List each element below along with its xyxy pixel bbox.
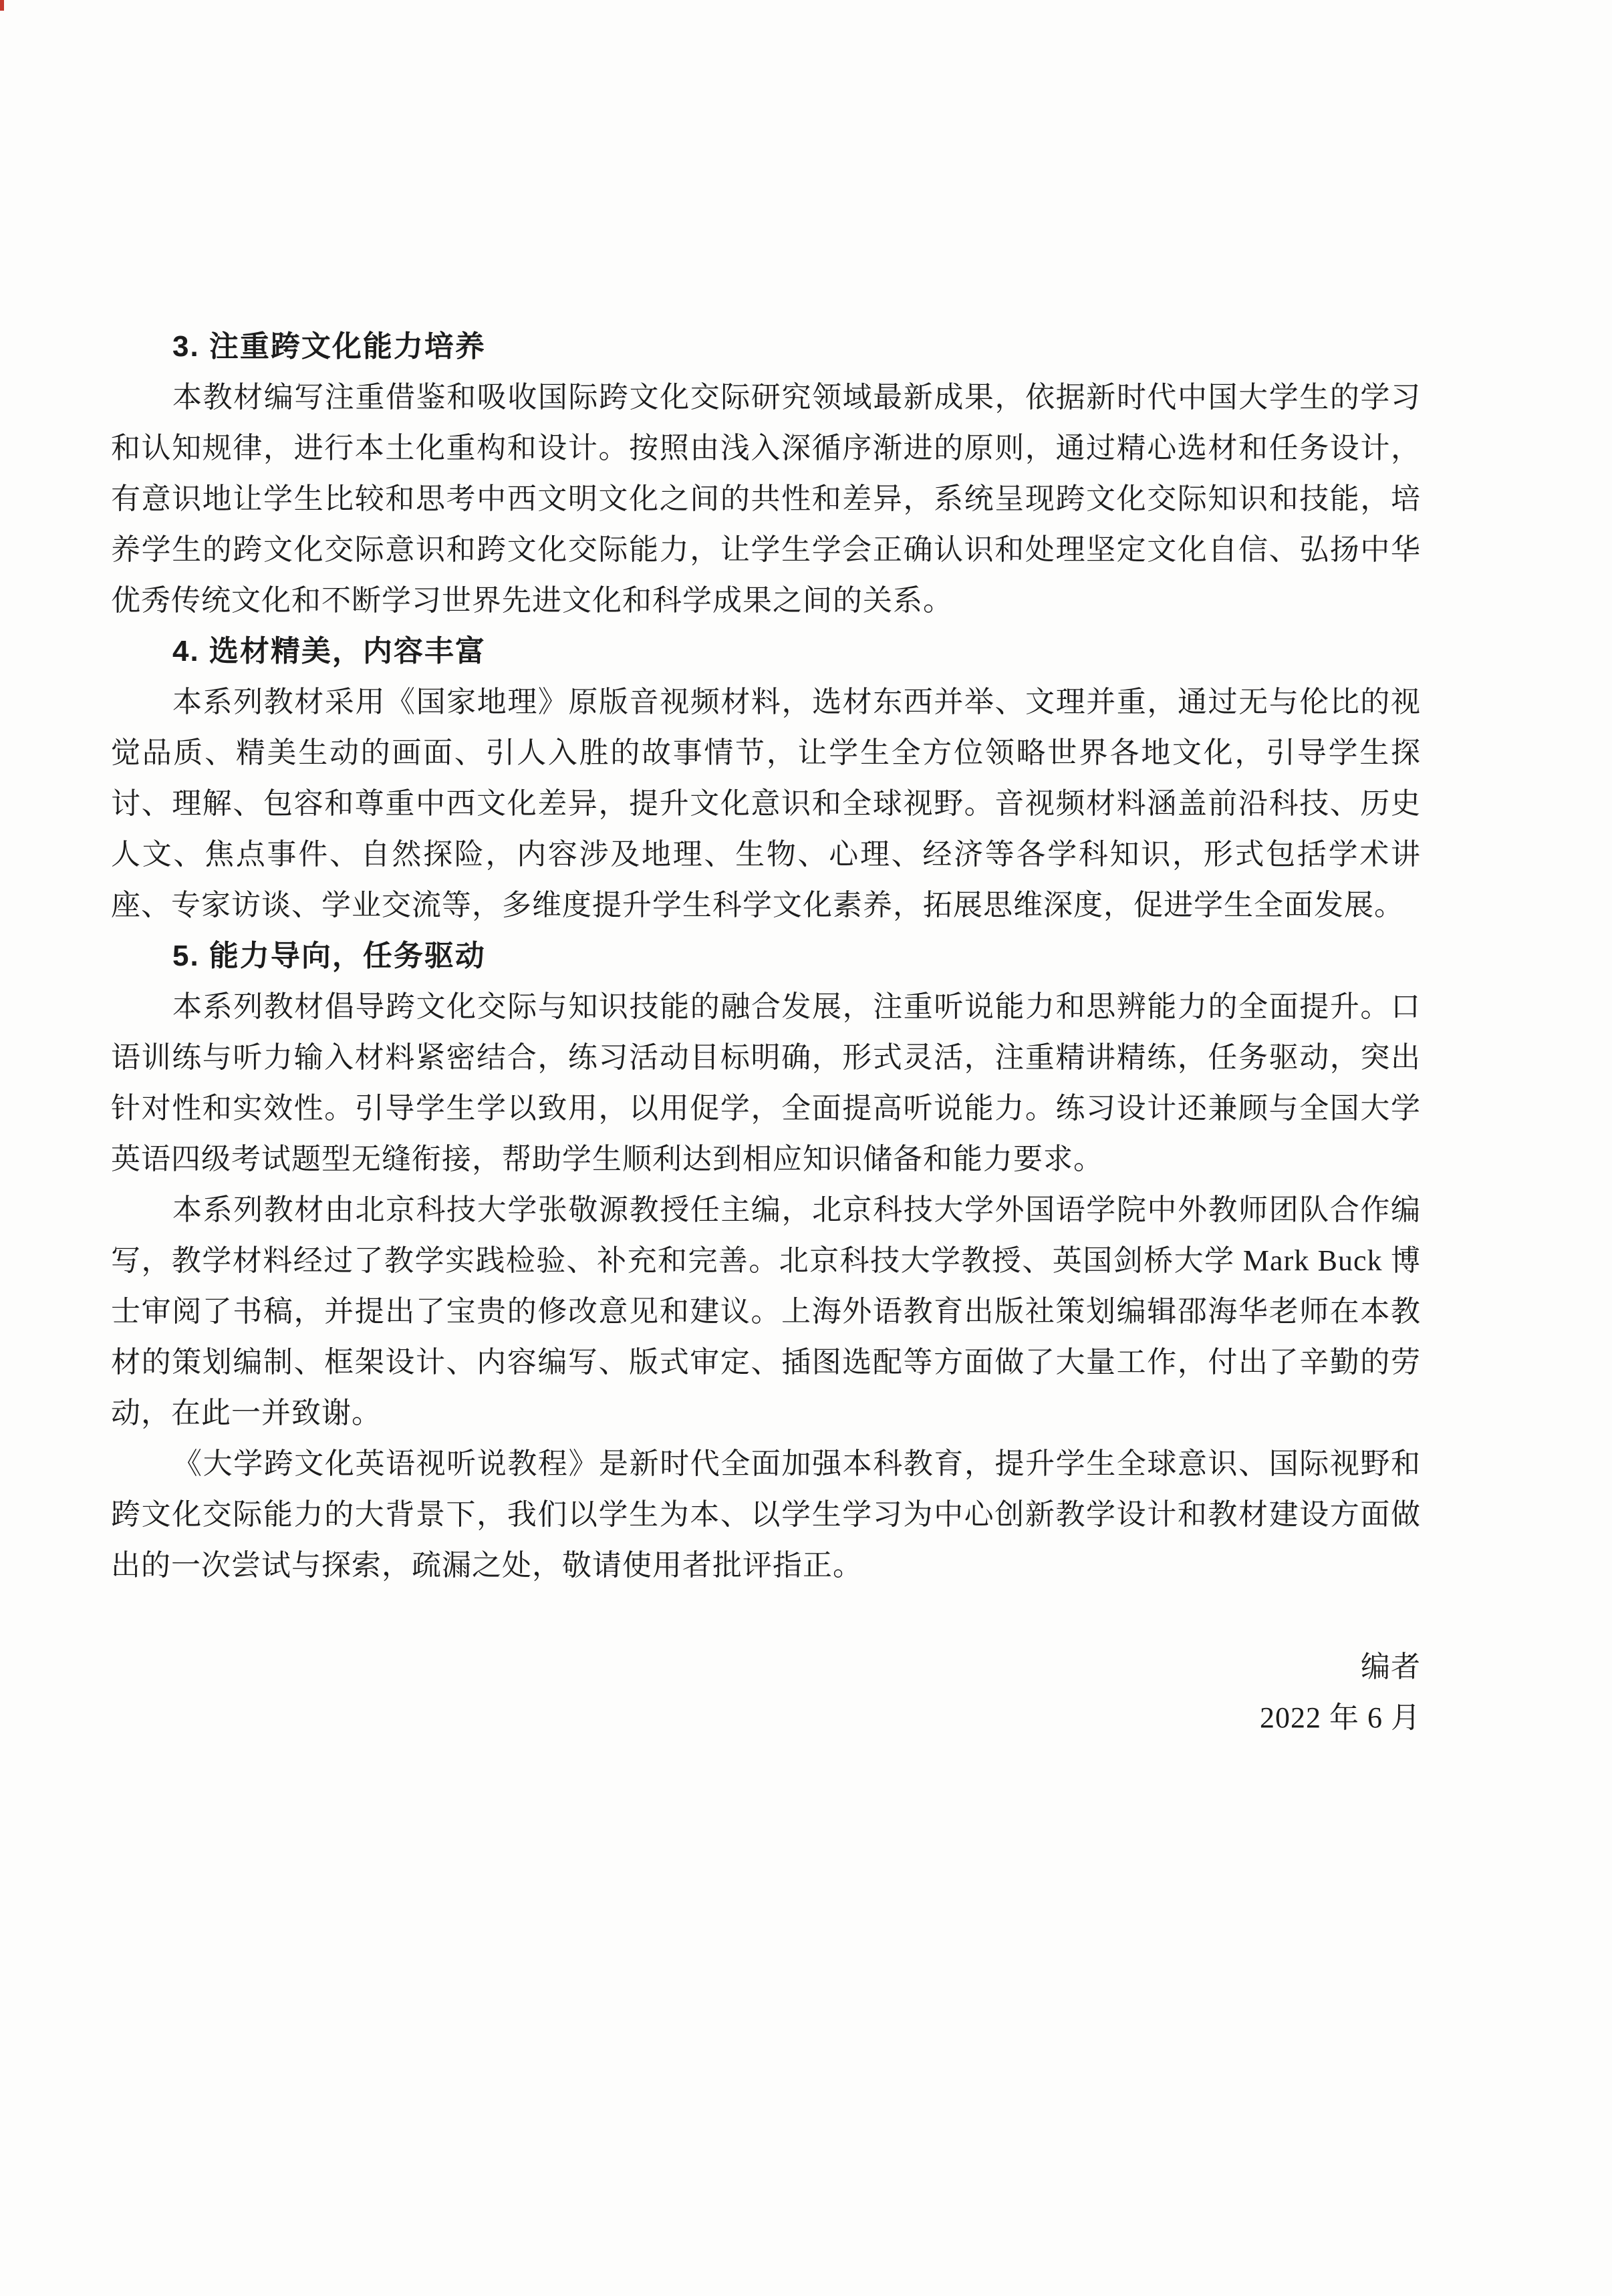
paragraph-6: 本系列教材由北京科技大学张敬源教授任主编，北京科技大学外国语学院中外教师团队合作… <box>111 1185 1421 1439</box>
paragraph-7: 《大学跨文化英语视听说教程》是新时代全面加强本科教育，提升学生全球意识、国际视野… <box>111 1439 1421 1591</box>
section-heading-0: 3. 注重跨文化能力培养 <box>111 321 1421 372</box>
page-content: 3. 注重跨文化能力培养本教材编写注重借鉴和吸收国际跨文化交际研究领域最新成果，… <box>111 321 1421 1743</box>
paragraph-5: 本系列教材倡导跨文化交际与知识技能的融合发展，注重听说能力和思辨能力的全面提升。… <box>111 982 1421 1185</box>
signature-date: 2022 年 6 月 <box>111 1693 1421 1743</box>
signature-author: 编者 <box>111 1642 1421 1693</box>
document-body: 3. 注重跨文化能力培养本教材编写注重借鉴和吸收国际跨文化交际研究领域最新成果，… <box>111 321 1421 1591</box>
section-heading-2: 4. 选材精美，内容丰富 <box>111 626 1421 677</box>
scanned-document-page: 3. 注重跨文化能力培养本教材编写注重借鉴和吸收国际跨文化交际研究领域最新成果，… <box>0 0 1612 2296</box>
paragraph-1: 本教材编写注重借鉴和吸收国际跨文化交际研究领域最新成果，依据新时代中国大学生的学… <box>111 372 1421 626</box>
paragraph-3: 本系列教材采用《国家地理》原版音视频材料，选材东西并举、文理并重，通过无与伦比的… <box>111 677 1421 931</box>
signature-block: 编者 2022 年 6 月 <box>111 1642 1421 1743</box>
section-heading-4: 5. 能力导向，任务驱动 <box>111 931 1421 982</box>
scan-edge-artifact <box>0 0 4 11</box>
